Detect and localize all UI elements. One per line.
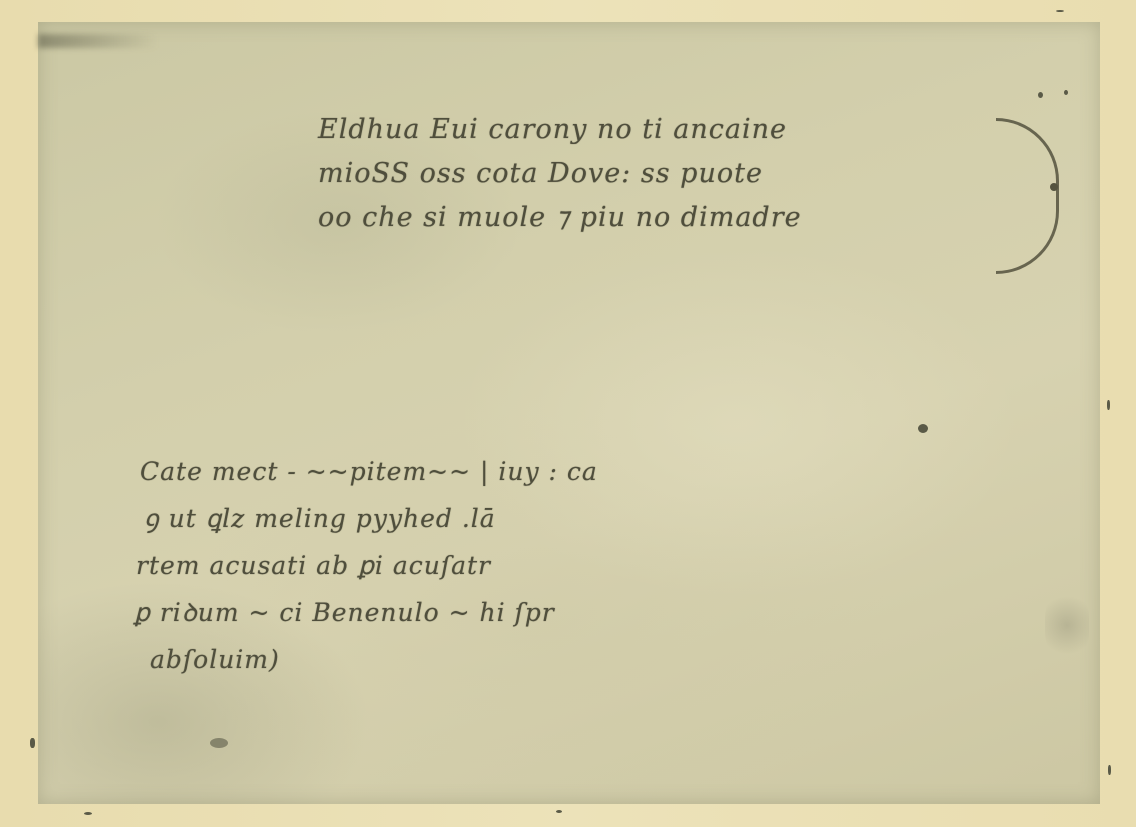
lower-line-5: abſoluim) [150, 636, 598, 683]
lower-line-4: ꝑ riꝺum ~ ci Benenulo ~ hi ſpr [134, 589, 598, 636]
lower-text-block: Cate mect - ~~pitem~~ | iuy : ca ꝯ ut ꝗl… [140, 448, 598, 683]
ink-spot [556, 810, 562, 813]
upper-line-2: mioSS oss cota Dove: ss puote [318, 152, 802, 196]
upper-text-block: Eldhua Eui carony no ti ancaine mioSS os… [318, 108, 802, 240]
faded-stamp [1045, 590, 1089, 660]
lower-line-2: ꝯ ut ꝗlz meling pyyhed .lā [144, 495, 598, 542]
ink-spot [1056, 10, 1064, 12]
ink-spot [918, 424, 928, 433]
lower-line-3: rtem acusati ab ꝑi acuſatr [136, 542, 598, 589]
ink-spot [210, 738, 228, 748]
ink-spot [1107, 400, 1110, 410]
bracket-dot [1050, 183, 1058, 191]
ink-spot [84, 812, 92, 815]
ink-spot [1064, 90, 1068, 95]
lower-line-1: Cate mect - ~~pitem~~ | iuy : ca [140, 448, 598, 495]
ink-spot [30, 738, 35, 748]
upper-line-3: oo che si muole ⁊ piu no dimadre [318, 196, 802, 240]
upper-line-1: Eldhua Eui carony no ti ancaine [318, 108, 802, 152]
ink-spot [1108, 765, 1111, 775]
ink-spot [1038, 92, 1043, 98]
